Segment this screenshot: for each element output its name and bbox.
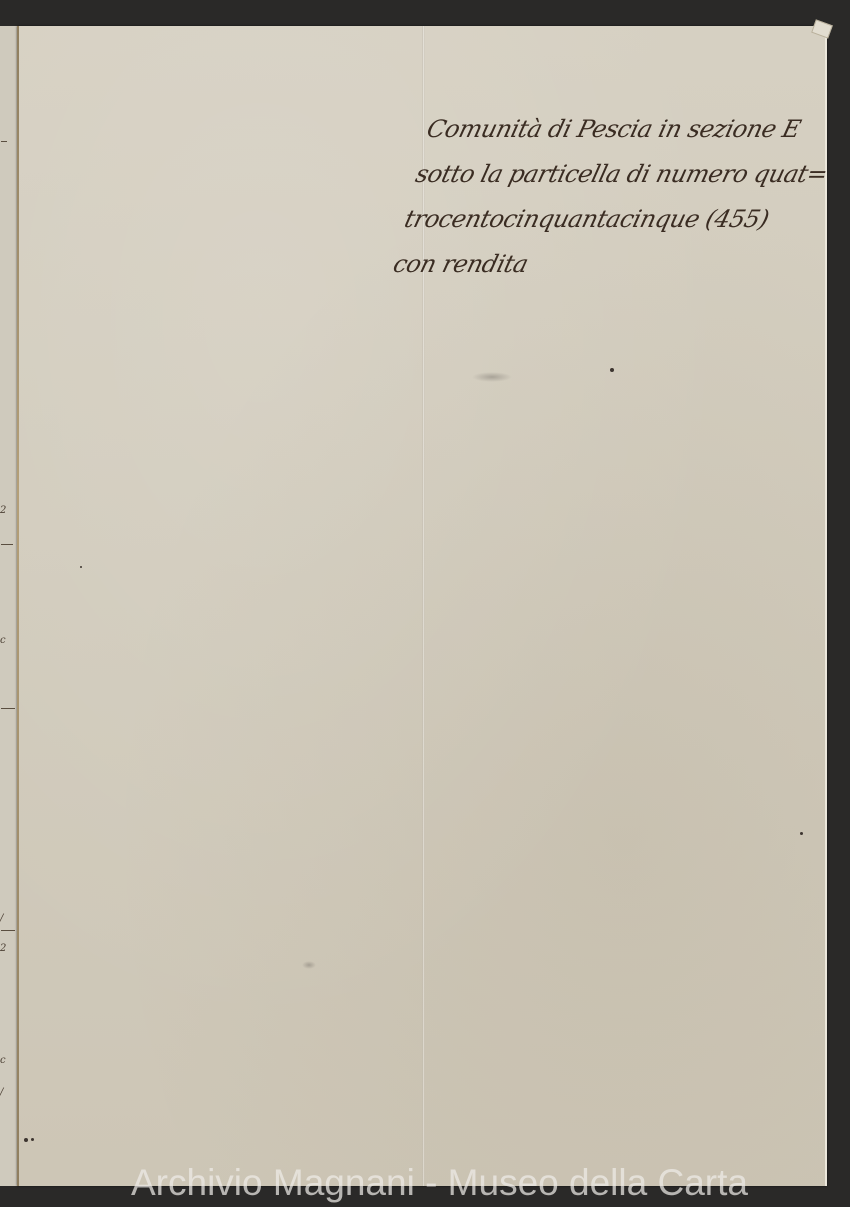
ink-mark xyxy=(1,141,7,142)
handwritten-line: trocentocinquantacinque (455) xyxy=(399,197,800,242)
archive-watermark: Archivio Magnani - Museo della Carta xyxy=(131,1158,841,1207)
ink-fragment: 2 xyxy=(0,506,6,516)
handwritten-line: con rendita xyxy=(388,242,789,287)
smudge-mark xyxy=(302,961,316,969)
sheet-edge-left xyxy=(17,26,19,1186)
ink-fragment: 2 xyxy=(0,944,6,954)
ink-speck xyxy=(800,832,803,835)
ink-speck xyxy=(80,566,82,568)
ink-fragment: c xyxy=(0,636,6,646)
underlying-page-strip: 2 c / 2 c / xyxy=(0,26,18,1186)
handwritten-line: sotto la particella di numero quat= xyxy=(411,152,812,197)
ink-speck xyxy=(31,1138,34,1141)
ink-fragment: c xyxy=(0,1056,6,1066)
smudge-mark xyxy=(472,372,512,382)
ink-fragment: / xyxy=(0,1088,3,1098)
ink-fragment: / xyxy=(0,914,3,924)
handwritten-entry: Comunità di Pescia in sezione E sotto la… xyxy=(388,107,823,287)
handwritten-line: Comunità di Pescia in sezione E xyxy=(422,107,823,152)
ink-speck xyxy=(610,368,614,372)
ink-mark xyxy=(1,544,13,545)
sheet-edge-right xyxy=(825,26,827,1186)
ink-mark xyxy=(1,708,15,709)
ink-mark xyxy=(1,930,15,931)
ink-speck xyxy=(24,1138,28,1142)
